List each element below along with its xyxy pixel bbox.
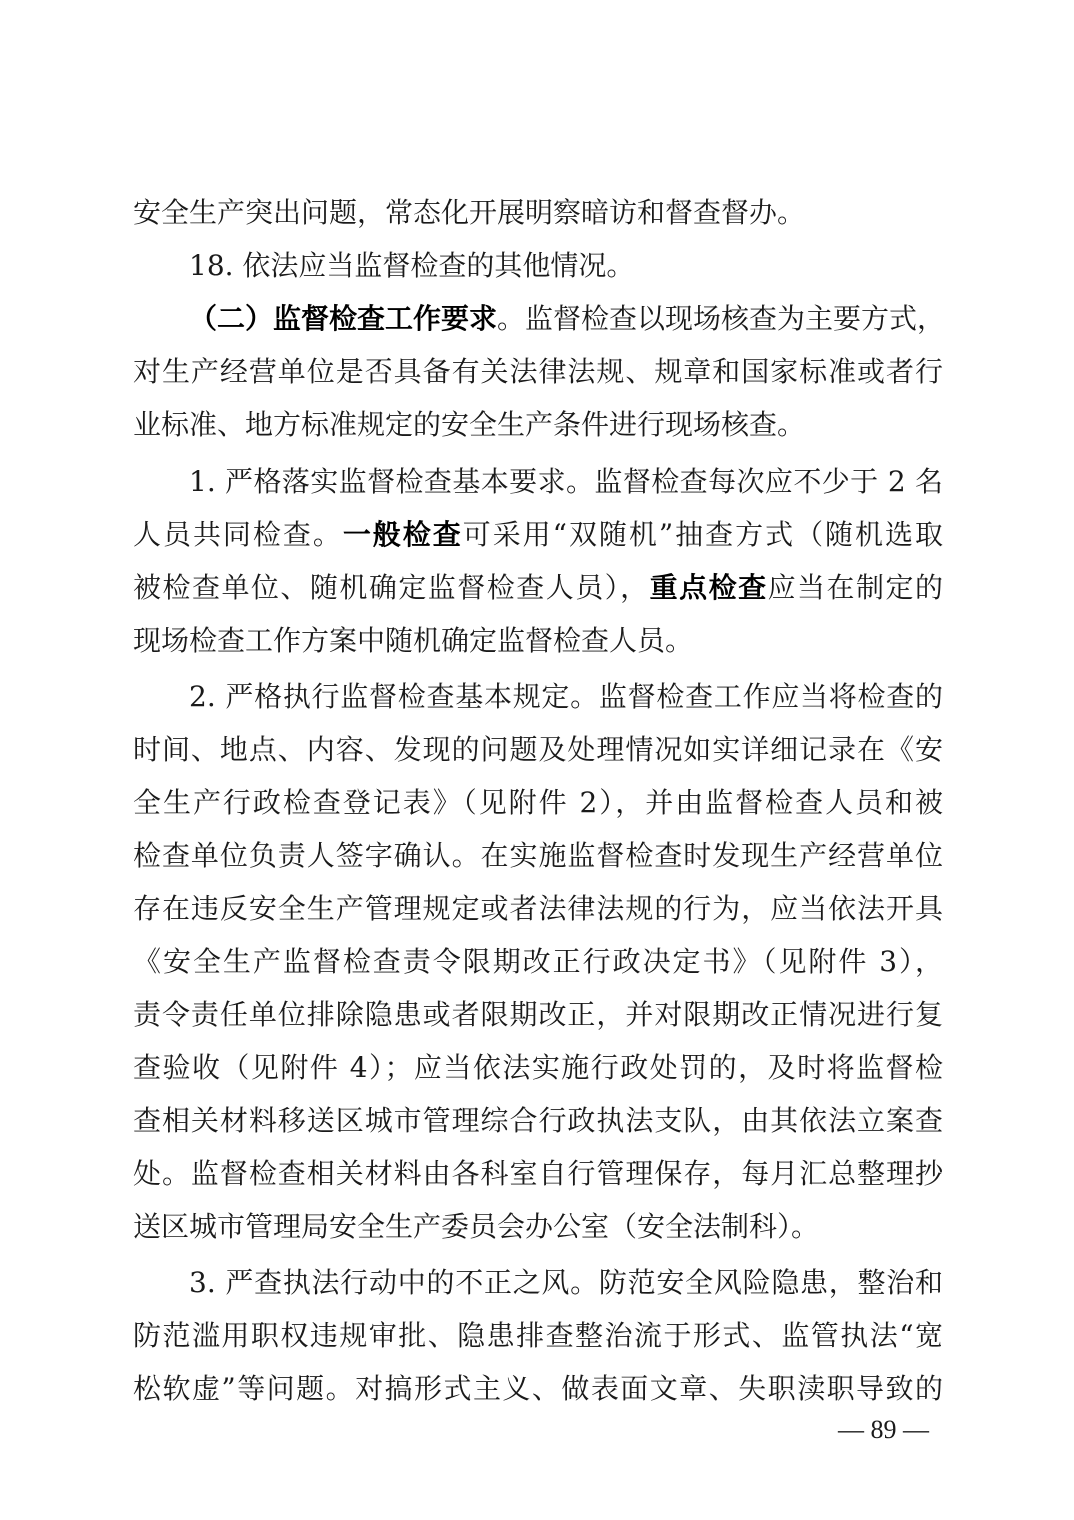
text-line: 存在违反安全生产管理规定或者法律法规的行为，应当依法开具 bbox=[133, 882, 943, 935]
page-number: — 89 — bbox=[838, 1412, 929, 1448]
text-line: 松软虚”等问题。对搞形式主义、做表面文章、失职渎职导致的 bbox=[133, 1362, 943, 1415]
text-line: 2. 严格执行监督检查基本规定。监督检查工作应当将检查的 bbox=[189, 670, 943, 723]
text-segment: 人员共同检查。 bbox=[133, 518, 343, 551]
text-segment: 。监督检查以现场核查为主要方式， bbox=[497, 302, 945, 335]
text-line: 对生产经营单位是否具备有关法律法规、规章和国家标准或者行 bbox=[133, 345, 943, 398]
bold-emphasis: （二）监督检查工作要求 bbox=[189, 302, 497, 335]
bold-emphasis: 重点检查 bbox=[650, 571, 768, 604]
text-line: 3. 严查执法行动中的不正之风。防范安全风险隐患，整治和 bbox=[189, 1256, 943, 1309]
text-line: 处。监督检查相关材料由各科室自行管理保存，每月汇总整理抄 bbox=[133, 1147, 943, 1200]
text-line: 现场检查工作方案中随机确定监督检查人员。 bbox=[133, 614, 943, 667]
text-segment: 可采用“双随机”抽查方式（随机选取 bbox=[463, 518, 943, 551]
text-line: 人员共同检查。一般检查可采用“双随机”抽查方式（随机选取 bbox=[133, 508, 943, 561]
text-line: 《安全生产监督检查责令限期改正行政决定书》（见附件 3）， bbox=[133, 935, 943, 988]
text-line: 业标准、地方标准规定的安全生产条件进行现场核查。 bbox=[133, 398, 943, 451]
text-line: 查相关材料移送区城市管理综合行政执法支队，由其依法立案查 bbox=[133, 1094, 943, 1147]
text-line: （二）监督检查工作要求。监督检查以现场核查为主要方式， bbox=[189, 292, 943, 345]
text-line: 防范滥用职权违规审批、隐患排查整治流于形式、监管执法“宽 bbox=[133, 1309, 943, 1362]
text-line: 被检查单位、随机确定监督检查人员），重点检查应当在制定的 bbox=[133, 561, 943, 614]
bold-emphasis: 一般检查 bbox=[343, 518, 463, 551]
text-line: 送区城市管理局安全生产委员会办公室（安全法制科）。 bbox=[133, 1200, 943, 1253]
text-line: 时间、地点、内容、发现的问题及处理情况如实详细记录在《安 bbox=[133, 723, 943, 776]
text-line: 18. 依法应当监督检查的其他情况。 bbox=[189, 239, 943, 292]
text-line: 1. 严格落实监督检查基本要求。监督检查每次应不少于 2 名 bbox=[189, 455, 943, 508]
text-line: 安全生产突出问题，常态化开展明察暗访和督查督办。 bbox=[133, 186, 943, 239]
text-segment: 被检查单位、随机确定监督检查人员）， bbox=[133, 571, 650, 604]
text-line: 查验收（见附件 4）；应当依法实施行政处罚的，及时将监督检 bbox=[133, 1041, 943, 1094]
text-line: 全生产行政检查登记表》（见附件 2），并由监督检查人员和被 bbox=[133, 776, 943, 829]
text-line: 责令责任单位排除隐患或者限期改正，并对限期改正情况进行复 bbox=[133, 988, 943, 1041]
text-line: 检查单位负责人签字确认。在实施监督检查时发现生产经营单位 bbox=[133, 829, 943, 882]
text-segment: 应当在制定的 bbox=[768, 571, 943, 604]
